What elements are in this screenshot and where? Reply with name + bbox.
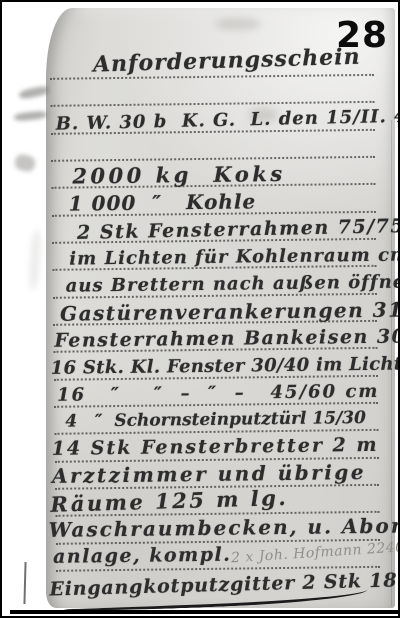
photo-bottom-border — [10, 610, 398, 614]
page-number: 28 — [336, 18, 388, 54]
ruled-writing-area: Anforderungsschein B. W. 30 b K. G. L. d… — [0, 0, 400, 618]
ruled-line — [50, 101, 374, 107]
handwritten-line: 2000 kg Koks — [72, 163, 286, 187]
handwritten-line: Fensterrahmen Bankeisen 300 kg — [54, 327, 400, 351]
handwritten-line: aus Brettern nach außen öffnen — [66, 273, 400, 295]
handwritten-line: anlage, kompl. — [53, 546, 232, 567]
handwritten-line: im Lichten für Kohlenraum cm — [69, 246, 400, 268]
handwritten-line: 1 000 ″ Kohle — [69, 191, 257, 213]
scanned-notebook-photo: 28 Anforderungsschein B. W. 30 b K. G. L… — [0, 0, 400, 618]
handwritten-line: Arztzimmer und übrige — [52, 462, 366, 486]
handwritten-line: 16 Stk. Kl. Fenster 30/40 im Lichten — [51, 355, 400, 378]
handwritten-line: 16 ″ ″ – ″ – 45/60 cm ″ ″ — [57, 382, 400, 405]
document-title: Anforderungsschein — [93, 46, 361, 76]
handwritten-line: 4 ″ Schornsteinputztürl 15/30 — [65, 410, 366, 431]
handwritten-line: Gastürenverankerungen 310 kg — [60, 299, 400, 324]
faint-annotation: 2 x Joh. Hofmann 22400 — [231, 540, 400, 566]
handwritten-line: 14 Stk Fensterbretter 2 m — [52, 436, 379, 459]
handwritten-line: Räume 125 m lg. — [50, 487, 288, 515]
handwritten-line: Waschraumbecken, u. Abort — [49, 515, 400, 539]
